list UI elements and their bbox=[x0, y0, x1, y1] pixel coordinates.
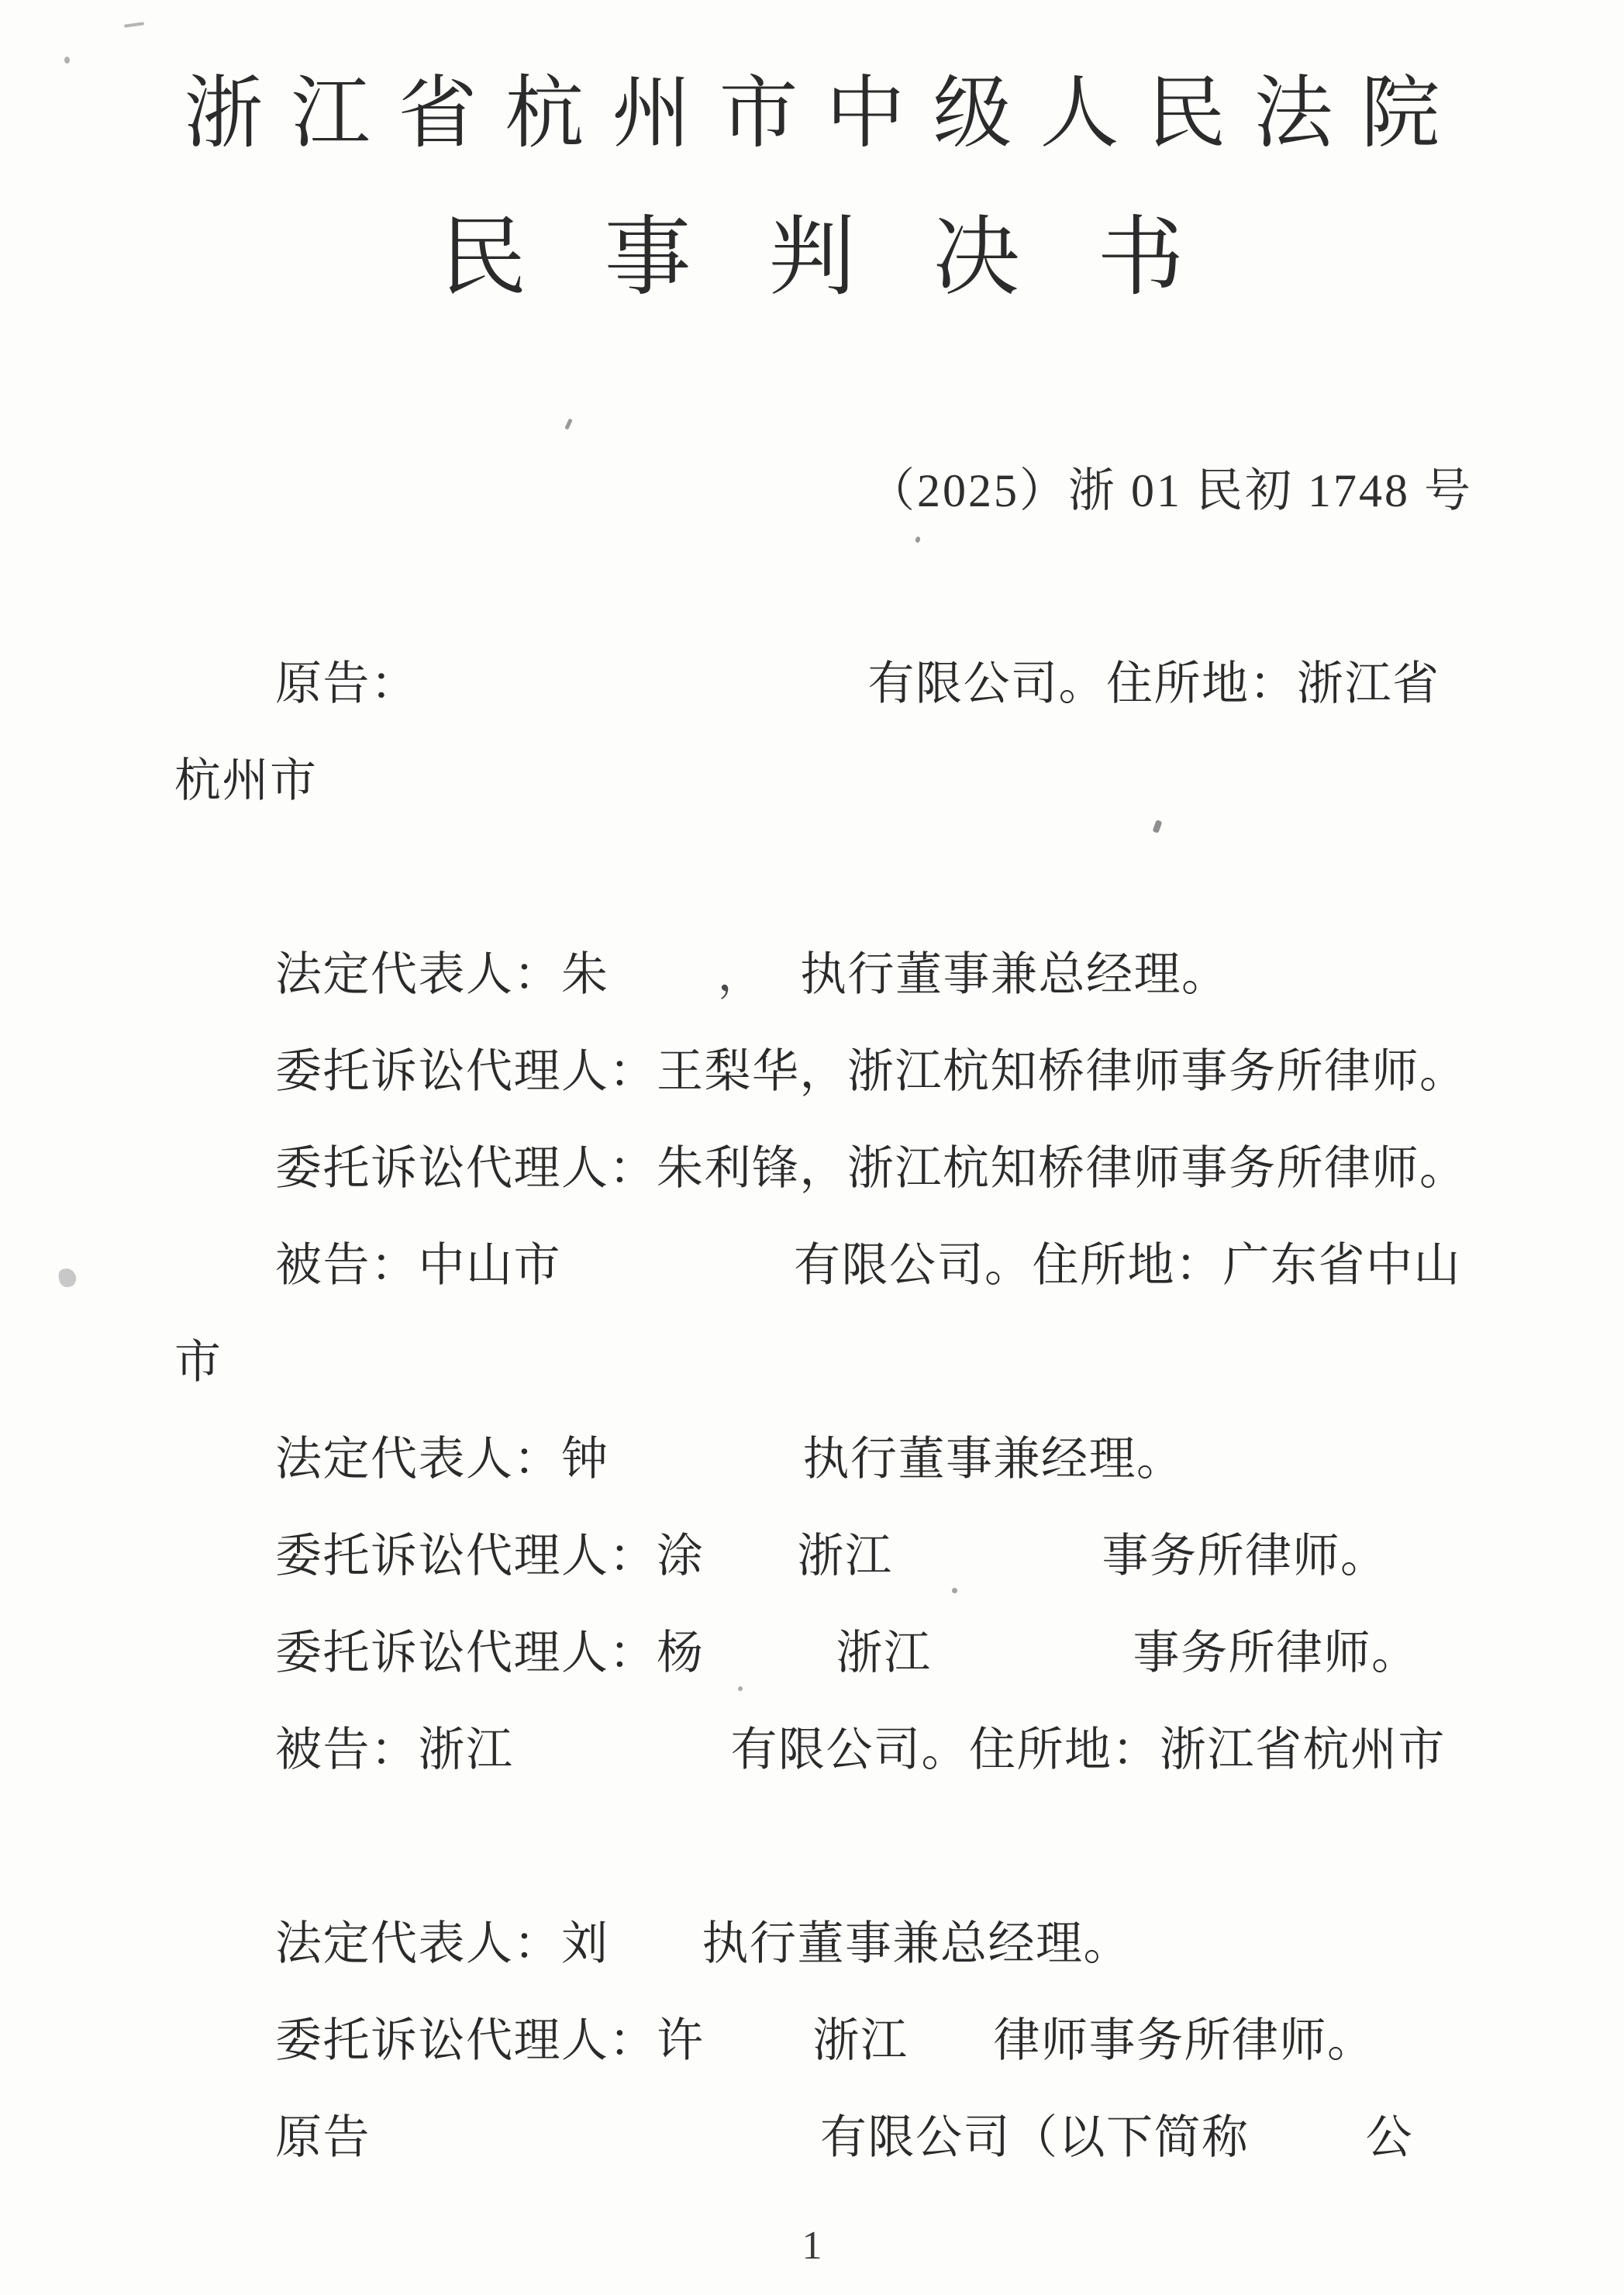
court-name-title: 浙江省杭州市中级人民法院 bbox=[0, 60, 1624, 169]
redaction-gap bbox=[705, 2055, 813, 2056]
body-line-agent-xu: 委托诉讼代理人：许浙江律师事务所律师。 bbox=[174, 1993, 1554, 2090]
line-text: 事务所律师。 bbox=[1133, 1627, 1419, 1679]
body-line-plaintiff: 原告：有限公司。住所地：浙江省 bbox=[174, 636, 1554, 733]
line-text: 被告：中山市 bbox=[275, 1240, 561, 1291]
redaction-gap bbox=[419, 699, 868, 699]
judgment-document-page: 浙江省杭州市中级人民法院 民事判决书 （2025）浙 01 民初 1748 号 … bbox=[0, 0, 1624, 2295]
body-line-legal-rep-liu: 法定代表人：刘执行董事兼总经理。 bbox=[174, 1896, 1554, 1993]
line-text: 委托诉讼代理人：王梨华，浙江杭知桥律师事务所律师。 bbox=[275, 1046, 1467, 1097]
body-line-legal-rep-zhu: 法定代表人：朱，执行董事兼总经理。 bbox=[174, 927, 1554, 1023]
body-line-plaintiff-address: 杭州市 bbox=[174, 733, 1554, 830]
redacted-blank-line bbox=[174, 830, 1554, 927]
line-text: 事务所律师。 bbox=[1102, 1531, 1388, 1582]
document-type-title: 民事判决书 bbox=[0, 200, 1624, 316]
line-text: 有限公司。住所地：浙江省杭州市 bbox=[731, 1724, 1446, 1776]
redacted-blank-line bbox=[174, 1799, 1554, 1896]
document-body: 原告：有限公司。住所地：浙江省 杭州市 法定代表人：朱，执行董事兼总经理。 委托… bbox=[174, 636, 1554, 2186]
line-text: 委托诉讼代理人：朱利锋，浙江杭知桥律师事务所律师。 bbox=[275, 1143, 1467, 1194]
redaction-gap bbox=[705, 1571, 798, 1572]
body-line-defendant1: 被告：中山市有限公司。住所地：广东省中山 bbox=[174, 1217, 1554, 1314]
body-line-legal-rep-zhong: 法定代表人：钟执行董事兼经理。 bbox=[174, 1411, 1554, 1508]
redaction-gap bbox=[609, 1959, 702, 1959]
line-text: 执行董事兼总经理。 bbox=[800, 949, 1229, 1000]
line-text: 杭州市 bbox=[174, 755, 318, 806]
scan-artifact bbox=[64, 57, 70, 64]
redaction-gap bbox=[932, 1668, 1133, 1669]
redaction-gap bbox=[705, 1668, 836, 1669]
line-text: 法定代表人：钟 bbox=[275, 1434, 609, 1485]
line-text: 浙江 bbox=[798, 1531, 893, 1582]
body-line-agent-zhulifeng: 委托诉讼代理人：朱利锋，浙江杭知桥律师事务所律师。 bbox=[174, 1120, 1554, 1217]
line-text: 执行董事兼经理。 bbox=[803, 1434, 1184, 1485]
body-line-agent-wanglihua: 委托诉讼代理人：王梨华，浙江杭知桥律师事务所律师。 bbox=[174, 1023, 1554, 1120]
line-text: 律师事务所律师。 bbox=[994, 2015, 1375, 2066]
redaction-gap bbox=[909, 2055, 994, 2056]
scan-artifact bbox=[57, 1267, 78, 1288]
scan-artifact bbox=[564, 419, 572, 430]
body-line-defendant1-address: 市 bbox=[174, 1314, 1554, 1411]
line-text: 原告 bbox=[275, 2112, 371, 2163]
case-number: （2025）浙 01 民初 1748 号 bbox=[0, 456, 1473, 526]
body-line-defendant2: 被告：浙江有限公司。住所地：浙江省杭州市 bbox=[174, 1702, 1554, 1799]
line-text: 执行董事兼总经理。 bbox=[702, 1918, 1132, 1969]
scan-artifact bbox=[952, 1588, 957, 1593]
redaction-gap bbox=[514, 1765, 731, 1765]
body-line-plaintiff-claim-start: 原告有限公司（以下简称公 bbox=[174, 2090, 1554, 2186]
line-text: 法定代表人：朱 bbox=[275, 949, 609, 1000]
body-line-agent-tu: 委托诉讼代理人：涂浙江事务所律师。 bbox=[174, 1508, 1554, 1605]
scan-artifact bbox=[738, 1686, 743, 1691]
line-text: 委托诉讼代理人：许 bbox=[275, 2015, 705, 2066]
redaction-gap bbox=[371, 2152, 820, 2153]
redaction-gap bbox=[561, 1280, 794, 1281]
page-number: 1 bbox=[0, 2219, 1624, 2273]
redaction-gap bbox=[893, 1571, 1102, 1572]
body-line-agent-yang: 委托诉讼代理人：杨浙江事务所律师。 bbox=[174, 1605, 1554, 1702]
redaction-gap bbox=[1250, 2152, 1366, 2153]
line-text: 委托诉讼代理人：涂 bbox=[275, 1531, 705, 1582]
redaction-gap bbox=[609, 989, 718, 990]
redaction-gap bbox=[609, 1474, 803, 1475]
line-text: 被告：浙江 bbox=[275, 1724, 514, 1776]
line-text: 有限公司（以下简称 bbox=[820, 2112, 1250, 2163]
line-text: 法定代表人：刘 bbox=[275, 1918, 609, 1969]
line-text: ， bbox=[718, 949, 766, 1000]
line-text: 公 bbox=[1366, 2112, 1414, 2163]
line-text: 原告： bbox=[275, 658, 419, 709]
line-text: 有限公司。住所地：广东省中山 bbox=[794, 1240, 1461, 1291]
line-text: 有限公司。住所地：浙江省 bbox=[868, 658, 1440, 709]
scan-artifact bbox=[915, 536, 921, 543]
line-text: 浙江 bbox=[836, 1627, 932, 1679]
scan-artifact bbox=[124, 22, 144, 28]
line-text: 市 bbox=[174, 1337, 222, 1388]
redaction-gap bbox=[765, 989, 800, 990]
line-text: 委托诉讼代理人：杨 bbox=[275, 1627, 705, 1679]
line-text: 浙江 bbox=[813, 2015, 909, 2066]
